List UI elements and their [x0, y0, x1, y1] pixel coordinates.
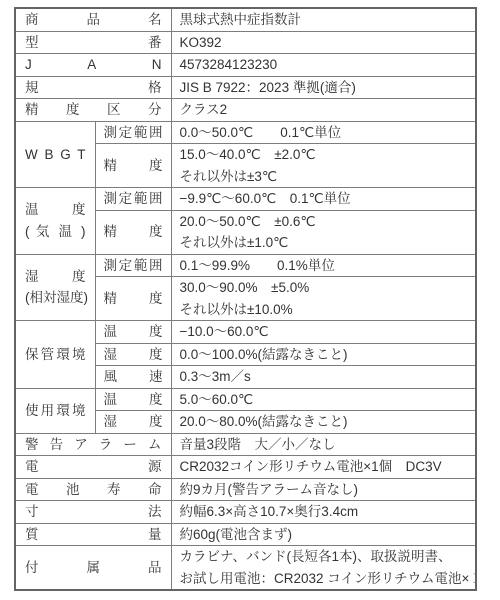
- spec-row-accessories: 付属品 カラビナ、バンド(長短各1本)、取扱説明書、 お試し用電池：CR2032…: [15, 546, 476, 591]
- row-value: 20.0〜50.0℃ ±0.6℃ それ以外は±1.0℃: [171, 210, 476, 254]
- spec-row-temperature-range: 温度 ( 気 温 ) 測定範囲 −9.9℃〜60.0℃ 0.1℃単位: [15, 188, 476, 211]
- value-line-1: 15.0〜40.0℃ ±2.0℃: [180, 144, 472, 166]
- spec-row-dimensions: 寸法 約幅6.3×高さ10.7×奥行3.4cm: [15, 501, 476, 524]
- row-value: 約60g(電池含まず): [171, 523, 476, 546]
- row-label: 型番: [15, 31, 171, 54]
- row-value: 15.0〜40.0℃ ±2.0℃ それ以外は±3℃: [171, 144, 476, 188]
- row-value: 5.0〜60.0℃: [171, 388, 476, 411]
- row-sublabel: 湿度: [95, 411, 171, 434]
- row-label: 商品名: [15, 8, 171, 31]
- group-label-storage-environment: 保管環境: [15, 321, 95, 389]
- spec-row-product-name: 商品名 黒球式熱中症指数計: [15, 8, 476, 31]
- value-line-2: それ以外は±1.0℃: [180, 232, 472, 254]
- group-label-operating-environment: 使用環境: [15, 388, 95, 433]
- group-label-line-1: 湿度: [25, 266, 86, 288]
- group-label-humidity: 湿度 (相対湿度): [15, 254, 95, 321]
- row-label: 規格: [15, 76, 171, 99]
- value-line-2: お試し用電池：CR2032 コイン形リチウム電池×１個: [180, 568, 472, 590]
- row-label: 警告アラーム: [15, 433, 171, 456]
- row-sublabel: 風速: [95, 366, 171, 389]
- spec-row-wbgt-range: W B G T 測定範囲 0.0〜50.0℃ 0.1℃単位: [15, 121, 476, 144]
- row-value: KO392: [171, 31, 476, 54]
- row-value: JIS B 7922：2023 準拠(適合): [171, 76, 476, 99]
- row-label: 精度区分: [15, 99, 171, 122]
- row-value: 0.0〜100.0%(結露なきこと): [171, 343, 476, 366]
- spec-sheet: 商品名 黒球式熱中症指数計 型番 KO392 J A N 45732841232…: [14, 7, 477, 591]
- row-value: 音量3段階 大／小／なし: [171, 433, 476, 456]
- spec-row-humidity-range: 湿度 (相対湿度) 測定範囲 0.1〜99.9% 0.1%単位: [15, 254, 476, 277]
- group-label-line-2: (相対湿度): [25, 287, 86, 309]
- value-line-1: 20.0〜50.0℃ ±0.6℃: [180, 211, 472, 233]
- row-sublabel: 温度: [95, 321, 171, 344]
- value-line-1: 30.0〜90.0% ±5.0%: [180, 277, 472, 299]
- row-value: 0.1〜99.9% 0.1%単位: [171, 254, 476, 277]
- row-sublabel: 測定範囲: [95, 254, 171, 277]
- spec-row-power-source: 電源 CR2032コイン形リチウム電池×1個 DC3V: [15, 456, 476, 479]
- row-value: 30.0〜90.0% ±5.0% それ以外は±10.0%: [171, 277, 476, 321]
- row-sublabel: 精度: [95, 277, 171, 321]
- value-line-2: それ以外は±3℃: [180, 166, 472, 188]
- row-label: 付属品: [15, 546, 171, 591]
- spec-row-jan-code: J A N 4573284123230: [15, 54, 476, 77]
- spec-row-weight: 質量 約60g(電池含まず): [15, 523, 476, 546]
- row-value: 約9カ月(警告アラーム音なし): [171, 478, 476, 501]
- spec-row-storage-temperature: 保管環境 温度 −10.0〜60.0℃: [15, 321, 476, 344]
- row-value: 20.0〜80.0%(結露なきこと): [171, 411, 476, 434]
- row-label: 寸法: [15, 501, 171, 524]
- row-value: −10.0〜60.0℃: [171, 321, 476, 344]
- row-label: 電池寿命: [15, 478, 171, 501]
- row-label: 質量: [15, 523, 171, 546]
- row-value: カラビナ、バンド(長短各1本)、取扱説明書、 お試し用電池：CR2032 コイン…: [171, 546, 476, 591]
- row-value: 0.0〜50.0℃ 0.1℃単位: [171, 121, 476, 144]
- row-sublabel: 測定範囲: [95, 188, 171, 211]
- row-label: 電源: [15, 456, 171, 479]
- spec-row-standard: 規格 JIS B 7922：2023 準拠(適合): [15, 76, 476, 99]
- group-label-line-2: ( 気 温 ): [25, 221, 86, 243]
- row-value: −9.9℃〜60.0℃ 0.1℃単位: [171, 188, 476, 211]
- group-label-line-1: 温度: [25, 199, 86, 221]
- spec-row-battery-life: 電池寿命 約9カ月(警告アラーム音なし): [15, 478, 476, 501]
- spec-row-warning-alarm: 警告アラーム 音量3段階 大／小／なし: [15, 433, 476, 456]
- row-value: 4573284123230: [171, 54, 476, 77]
- spec-row-model-number: 型番 KO392: [15, 31, 476, 54]
- row-value: 0.3〜3m／s: [171, 366, 476, 389]
- row-label: J A N: [15, 54, 171, 77]
- row-value: クラス2: [171, 99, 476, 122]
- row-value: 黒球式熱中症指数計: [171, 8, 476, 31]
- row-sublabel: 精度: [95, 210, 171, 254]
- row-value: 約幅6.3×高さ10.7×奥行3.4cm: [171, 501, 476, 524]
- spec-table: 商品名 黒球式熱中症指数計 型番 KO392 J A N 45732841232…: [14, 7, 477, 591]
- row-value: CR2032コイン形リチウム電池×1個 DC3V: [171, 456, 476, 479]
- row-sublabel: 精度: [95, 144, 171, 188]
- value-line-1: カラビナ、バンド(長短各1本)、取扱説明書、: [180, 546, 472, 568]
- row-sublabel: 湿度: [95, 343, 171, 366]
- row-sublabel: 温度: [95, 388, 171, 411]
- value-line-2: それ以外は±10.0%: [180, 299, 472, 321]
- group-label-wbgt: W B G T: [15, 121, 95, 188]
- group-label-temperature: 温度 ( 気 温 ): [15, 188, 95, 255]
- spec-row-operating-temperature: 使用環境 温度 5.0〜60.0℃: [15, 388, 476, 411]
- spec-row-accuracy-class: 精度区分 クラス2: [15, 99, 476, 122]
- row-sublabel: 測定範囲: [95, 121, 171, 144]
